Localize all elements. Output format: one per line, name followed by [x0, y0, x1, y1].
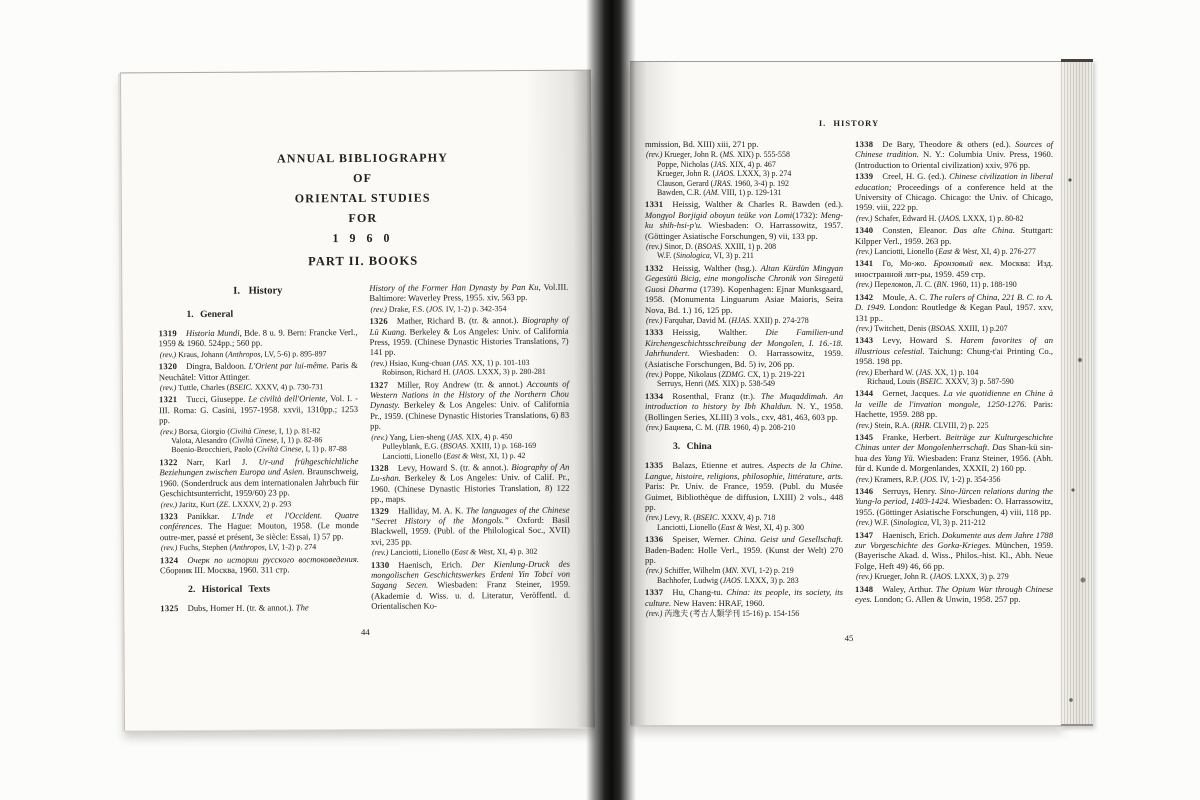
left-page-content: ANNUAL BIBLIOGRAPHYOFORIENTAL STUDIESFOR…: [121, 71, 595, 731]
title-line: ORIENTAL STUDIES: [158, 187, 568, 210]
entry-number: 1338: [855, 139, 873, 149]
review-line: (rev.) Kraus, Johann (Anthropos, LV, 5-6…: [159, 349, 358, 360]
review-line: (rev.) Stein, R.A. (RHR. CLVIII, 2) p. 2…: [855, 421, 1053, 430]
entry-number: 1329: [371, 505, 389, 515]
bib-entry: 1342Moule, A. C. The rulers of China, 22…: [855, 292, 1053, 323]
bib-entry: 1324Очерк по истории русского востоковед…: [160, 554, 359, 576]
entry-number: 1343: [855, 335, 873, 345]
entry-number: 1340: [855, 225, 873, 235]
review-list: (rev.) Jaritz, Kurt (ZE. LXXXV, 2) p. 29…: [160, 498, 359, 509]
review-line: (rev.) Levy, R. (BSEIC. XXXV, 4) p. 718: [645, 513, 843, 522]
entry-number: 1335: [645, 460, 663, 470]
review-line: (rev.) Krueger, John R. (MS. XIX) p. 555…: [645, 150, 843, 159]
left-page: ANNUAL BIBLIOGRAPHYOFORIENTAL STUDIESFOR…: [120, 70, 595, 731]
title-line: OF: [158, 167, 568, 190]
entry-number: 1346: [855, 486, 873, 496]
review-line: Poppe, Nicholas (JAS. XIX, 4) p. 467: [645, 160, 843, 169]
review-line: Bachhofer, Ludwig (JAOS. LXXX, 3) p. 283: [645, 576, 843, 585]
entry-number: 1319: [159, 328, 177, 338]
entry-continuation: History of the Former Han Dynasty by Pan…: [369, 282, 568, 304]
review-list: (rev.) Eberhard W. (JAS. XX, 1) p. 104Ri…: [855, 368, 1053, 387]
left-page-columns: I. History1. General1319Historia Mundi, …: [158, 282, 570, 615]
review-list: (rev.) Kraus, Johann (Anthropos, LV, 5-6…: [159, 349, 358, 360]
section-heading: I. History: [158, 285, 357, 297]
review-line: (rev.) Krueger, John R. (JAOS. LXXX, 3) …: [855, 572, 1053, 581]
review-list: (rev.) 芮逸夫 (考古人類学刊 15-16) p. 154-156: [645, 609, 843, 618]
review-list: (rev.) Бациева, С. М. (ПВ. 1960, 4) p. 2…: [645, 423, 843, 432]
bib-entry: 1344Gernet, Jacques. La vie quotidienne …: [855, 388, 1053, 419]
left-page-column-2: History of the Former Han Dynasty by Pan…: [369, 282, 570, 613]
review-list: (rev.) Schafer, Edward H. (JAOS. LXXX, 1…: [855, 214, 1053, 223]
bib-entry: 1328Levy, Howard S. (tr. & annot.). Biog…: [370, 462, 569, 505]
bib-entry: 1332Heissig, Walther (hsg.). Altan Kürdü…: [645, 263, 843, 315]
bib-entry: 1333Heissig, Walther. Die Familien-und K…: [645, 327, 843, 369]
review-line: (rev.) Poppe, Nikolaus (ZDMG. CX, 1) p. …: [645, 370, 843, 379]
review-list: (rev.) Lanciotti, Lionello (East & West,…: [371, 547, 570, 558]
bib-entry: 1319Historia Mundi, Bde. 8 u. 9. Bern: F…: [159, 327, 358, 349]
bib-entry: 1334Rosenthal, Franz (tr.). The Muqaddim…: [645, 391, 843, 422]
bib-entry: 1335Balazs, Etienne et autres. Aspects d…: [645, 460, 843, 512]
review-list: (rev.) Tuttle, Charles (BSEIC. XXXV, 4) …: [159, 382, 358, 393]
entry-number: 1324: [160, 555, 178, 565]
entry-number: 1327: [370, 379, 388, 389]
review-list: (rev.) Poppe, Nikolaus (ZDMG. CX, 1) p. …: [645, 370, 843, 389]
review-line: (rev.) Переломов, Л. С. (BN. 1960, 11) p…: [855, 280, 1053, 289]
title-line: ANNUAL BIBLIOGRAPHY: [157, 147, 567, 170]
review-line: (rev.) Tuttle, Charles (BSEIC. XXXV, 4) …: [159, 382, 358, 393]
section-heading: 3. China: [645, 441, 843, 452]
entry-number: 1322: [159, 457, 177, 467]
bib-entry: 1347Haenisch, Erich. Dokumente aus dem J…: [855, 530, 1053, 572]
entry-number: 1348: [855, 584, 873, 594]
review-list: (rev.) Lanciotti, Lionello (East & West,…: [855, 247, 1053, 256]
entry-number: 1323: [160, 511, 178, 521]
entry-number: 1321: [159, 395, 177, 405]
entry-number: 1337: [645, 587, 663, 597]
review-list: (rev.) Drake, F.S. (JOS. IV, 1-2) p. 342…: [369, 304, 568, 315]
review-line: Richaud, Louis (BSEIC. XXXV, 3) p. 587-5…: [855, 377, 1053, 386]
review-list: (rev.) Kramers, R.P. (JOS. IV, 1-2) p. 3…: [855, 475, 1053, 484]
bib-entry: 1337Hu, Chang-tu. China: its people, its…: [645, 587, 843, 608]
review-line: Lanciotti, Lionello (East & West, XI, 1)…: [370, 450, 569, 461]
review-line: (rev.) W.F. (Sinologica, VI, 3) p. 211-2…: [855, 518, 1053, 527]
bib-entry: 1348Waley, Arthur. The Opium War through…: [855, 584, 1053, 605]
bib-entry: 1326Mather, Richard B. (tr. & annot.). B…: [369, 315, 568, 358]
entry-number: 1325: [160, 603, 178, 613]
running-head: I. HISTORY: [645, 118, 1053, 128]
right-page-columns: mmission, Bd. XIII) xiii, 271 pp.(rev.) …: [645, 139, 1053, 620]
review-line: (rev.) Schafer, Edward H. (JAOS. LXXX, 1…: [855, 214, 1053, 223]
bib-entry: 1327Miller, Roy Andrew (tr. & annot.) Ac…: [370, 378, 569, 431]
review-line: (rev.) Schiffer, Wilhelm (MN. XVI, 1-2) …: [645, 566, 843, 575]
review-line: Robinson, Richard H. (JAOS. LXXX, 3) p. …: [370, 367, 569, 378]
review-list: (rev.) Farquhar, David M. (HJAS. XXII) p…: [645, 316, 843, 325]
book-spine-shadow: [586, 0, 636, 800]
review-list: (rev.) Krueger, John R. (MS. XIX) p. 555…: [645, 150, 843, 197]
review-list: (rev.) Borsa, Giorgio (Civiltà Cinese, I…: [159, 426, 358, 455]
book-fore-edge: [1061, 59, 1093, 726]
bib-entry: 1340Consten, Eleanor. Das alte China. St…: [855, 225, 1053, 246]
bib-entry: 1338De Bary, Theodore & others (ed.). So…: [855, 139, 1053, 170]
review-line: Clauson, Gerard (JRAS. 1960, 3-4) p. 192: [645, 179, 843, 188]
bib-entry: 1341Го, Мо-жо. Бронзовый век. Москва: Из…: [855, 258, 1053, 279]
review-list: (rev.) Yang, Lien-sheng (JAS. XIX, 4) p.…: [370, 431, 569, 460]
bib-entry: 1330Haenisch, Erich. Der Kienlung-Druck …: [371, 558, 570, 611]
review-line: Serruys, Henri (MS. XIX) p. 538-549: [645, 379, 843, 388]
review-line: (rev.) Lanciotti, Lionello (East & West,…: [855, 247, 1053, 256]
review-list: (rev.) Fuchs, Stephen (Anthropos, LV, 1-…: [160, 542, 359, 553]
review-line: Boenio-Brocchieri, Paolo (Civiltà Cinese…: [159, 444, 358, 455]
review-line: (rev.) Fuchs, Stephen (Anthropos, LV, 1-…: [160, 542, 359, 553]
review-line: (rev.) Kramers, R.P. (JOS. IV, 1-2) p. 3…: [855, 475, 1053, 484]
review-list: (rev.) W.F. (Sinologica, VI, 3) p. 211-2…: [855, 518, 1053, 527]
entry-number: 1334: [645, 391, 663, 401]
entry-number: 1342: [855, 292, 873, 302]
review-list: (rev.) Twitchett, Denis (BSOAS. XXIII, 1…: [855, 324, 1053, 333]
page-number-right: 45: [645, 633, 1053, 643]
review-line: (rev.) Sinor, D. (BSOAS. XXIII, 1) p. 20…: [645, 242, 843, 251]
bib-entry: 1321Tucci, Giuseppe. Le civiltà dell'Ori…: [159, 393, 358, 425]
entry-number: 1333: [645, 327, 663, 337]
bib-entry: 1343Levy, Howard S. Harem favorites of a…: [855, 335, 1053, 366]
review-list: (rev.) Schiffer, Wilhelm (MN. XVI, 1-2) …: [645, 566, 843, 585]
right-page-content: I. HISTORY mmission, Bd. XIII) xiii, 271…: [630, 62, 1063, 725]
open-book-photo: ANNUAL BIBLIOGRAPHYOFORIENTAL STUDIESFOR…: [0, 0, 1200, 800]
entry-number: 1326: [369, 316, 387, 326]
title-line: 1 9 6 0: [158, 227, 568, 250]
entry-number: 1347: [855, 530, 873, 540]
review-line: (rev.) 芮逸夫 (考古人類学刊 15-16) p. 154-156: [645, 609, 843, 618]
bib-entry: 1339Creel, H. G. (ed.). Chinese civiliza…: [855, 171, 1053, 213]
entry-continuation: mmission, Bd. XIII) xiii, 271 pp.: [645, 139, 843, 149]
entry-number: 1332: [645, 263, 663, 273]
review-line: Bawden, C.R. (AM. VIII, 1) p. 129-131: [645, 188, 843, 197]
right-page-column-2: 1338De Bary, Theodore & others (ed.). So…: [855, 139, 1053, 605]
bib-entry: 1325Dubs, Homer H. (tr. & annot.). The: [160, 602, 359, 614]
bib-entry: 1331Heissig, Walther & Charles R. Bawden…: [645, 199, 843, 241]
bib-entry: 1323Panikkar. L'Inde et l'Occident. Quat…: [160, 510, 359, 542]
review-line: Krueger, John R. (JAOS. LXXX, 3) p. 274: [645, 169, 843, 178]
right-page-column-1: mmission, Bd. XIII) xiii, 271 pp.(rev.) …: [645, 139, 843, 620]
review-list: (rev.) Переломов, Л. С. (BN. 1960, 11) p…: [855, 280, 1053, 289]
entry-number: 1344: [855, 388, 873, 398]
title-line: FOR: [158, 207, 568, 230]
right-page: I. HISTORY mmission, Bd. XIII) xiii, 271…: [630, 61, 1063, 725]
entry-number: 1330: [371, 559, 389, 569]
bib-entry: 1320Dingra, Baldoon. L'Orient par lui-mê…: [159, 360, 358, 382]
title-block: ANNUAL BIBLIOGRAPHYOFORIENTAL STUDIESFOR…: [157, 147, 568, 250]
page-number-left: 44: [160, 625, 570, 638]
review-line: (rev.) Drake, F.S. (JOS. IV, 1-2) p. 342…: [369, 304, 568, 315]
bib-entry: 1346Serruys, Henry. Sino-Jürcen relation…: [855, 486, 1053, 517]
review-line: (rev.) Lanciotti, Lionello (East & West,…: [371, 547, 570, 558]
review-line: (rev.) Jaritz, Kurt (ZE. LXXXV, 2) p. 29…: [160, 498, 359, 509]
bib-entry: 1322Narr, Karl J. Ur-und frühgeschichtli…: [159, 456, 358, 499]
entry-number: 1345: [855, 432, 873, 442]
entry-number: 1320: [159, 361, 177, 371]
review-list: (rev.) Stein, R.A. (RHR. CLVIII, 2) p. 2…: [855, 421, 1053, 430]
entry-number: 1328: [370, 463, 388, 473]
section-heading: 2. Historical Texts: [160, 583, 359, 595]
review-line: W.F. (Sinologica, VI, 3) p. 211: [645, 251, 843, 260]
section-heading: 1. General: [158, 308, 357, 320]
bib-entry: 1329Halliday, M. A. K. The languages of …: [371, 504, 570, 547]
review-list: (rev.) Krueger, John R. (JAOS. LXXX, 3) …: [855, 572, 1053, 581]
review-list: (rev.) Levy, R. (BSEIC. XXXV, 4) p. 718L…: [645, 513, 843, 532]
entry-number: 1341: [855, 258, 873, 268]
review-line: (rev.) Eberhard W. (JAS. XX, 1) p. 104: [855, 368, 1053, 377]
review-list: (rev.) Hsiao, Kung-chuan (JAS. XX, 1) p.…: [370, 358, 569, 378]
bib-entry: 1345Franke, Herbert. Beiträge zur Kultur…: [855, 432, 1053, 474]
review-line: (rev.) Farquhar, David M. (HJAS. XXII) p…: [645, 316, 843, 325]
review-line: Lanciotti, Lionello (East & West, XI, 4)…: [645, 523, 843, 532]
entry-number: 1336: [645, 534, 663, 544]
part-heading: PART II. BOOKS: [158, 253, 568, 271]
entry-number: 1339: [855, 171, 873, 181]
review-line: (rev.) Twitchett, Denis (BSOAS. XXIII, 1…: [855, 324, 1053, 333]
left-page-column-1: I. History1. General1319Historia Mundi, …: [158, 283, 359, 615]
entry-number: 1331: [645, 199, 663, 209]
review-list: (rev.) Sinor, D. (BSOAS. XXIII, 1) p. 20…: [645, 242, 843, 261]
bib-entry: 1336Speiser, Werner. China. Geist und Ge…: [645, 534, 843, 565]
review-line: (rev.) Бациева, С. М. (ПВ. 1960, 4) p. 2…: [645, 423, 843, 432]
